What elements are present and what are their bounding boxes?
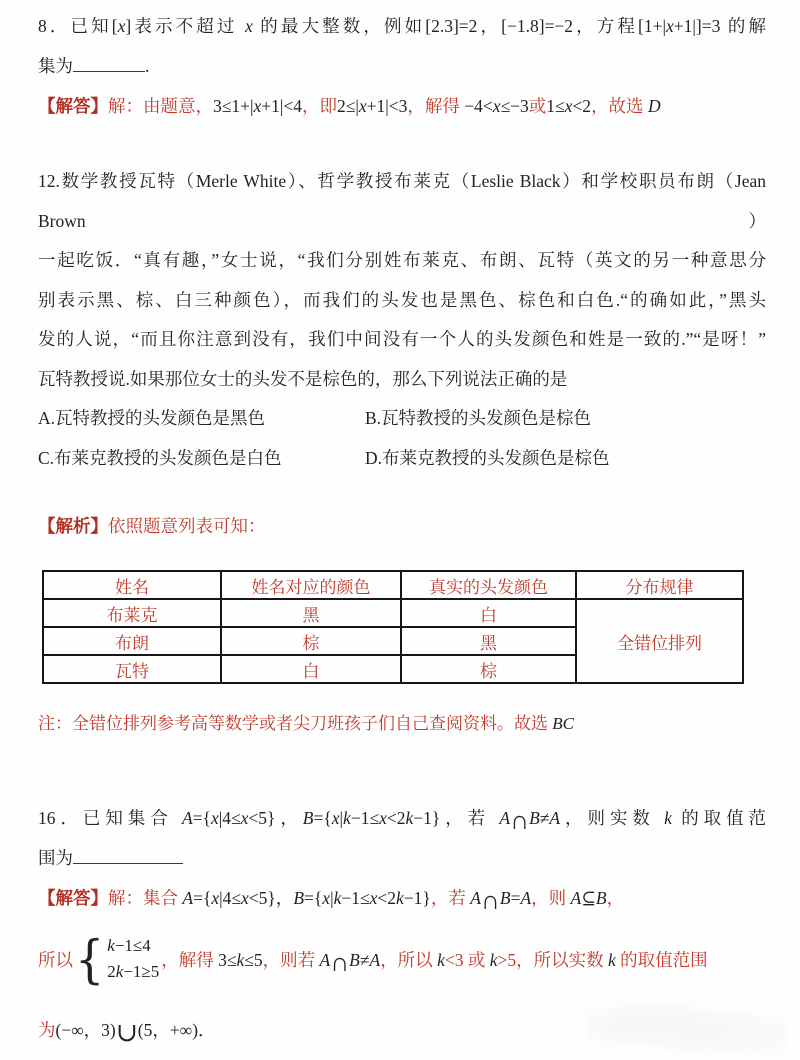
- options-row-ab: A.瓦特教授的头发颜色是黑色 B.瓦特教授的头发颜色是棕色: [38, 399, 766, 439]
- question-12-line-3: 别表示黑、棕、白三种颜色），而我们的头发也是黑色、棕色和白色.“的确如此，”黑头: [38, 281, 766, 321]
- question-12-line-5: 瓦特教授说.如果那位女士的头发不是棕色的，那么下列说法正确的是: [38, 360, 766, 400]
- document-page: 8．已知[x]表示不超过 x 的最大整数，例如[2.3]=2，[−1.8]=−2…: [0, 0, 800, 1060]
- table-cell: 瓦特: [43, 655, 221, 683]
- question-16-solution-3: 为(−∞，3)∪(5，+∞)．: [38, 1010, 766, 1050]
- left-brace: {: [75, 933, 104, 985]
- question-16-solution-1: 【解答】解：集合 A={x|4≤x<5}，B={x|k−1≤x<2k−1}，若 …: [38, 878, 766, 918]
- question-16-line-1: 16．已知集合 A={x|4≤x<5}，B={x|k−1≤x<2k−1}，若 A…: [38, 798, 766, 838]
- table-cell: 白: [221, 655, 401, 683]
- options-row-cd: C.布莱克教授的头发颜色是白色 D.布莱克教授的头发颜色是棕色: [38, 439, 766, 479]
- system-top: k−1≤4: [107, 933, 159, 959]
- table-cell: 黑: [221, 599, 401, 627]
- question-8-line-2-text: 集为: [38, 56, 73, 76]
- table-row: 布莱克 黑 白 全错位排列: [43, 599, 743, 627]
- question-16-solution-2: 所以 { k−1≤4 2k−1≥5 ，解得 3≤k≤5，则若 A∩B≠A，所以 …: [38, 930, 766, 988]
- solution-2-label: 所以: [38, 947, 73, 972]
- question-12: 12.数学教授瓦特（Merle White）、哲学教授布莱克（Leslie Bl…: [38, 162, 766, 478]
- question-12-line-1: 12.数学教授瓦特（Merle White）、哲学教授布莱克（Leslie Bl…: [38, 162, 766, 241]
- note-line: 注：全错位排列参考高等数学或者尖刀班孩子们自己查阅资料。故选 BC: [38, 706, 766, 742]
- option-c: C.布莱克教授的头发颜色是白色: [38, 439, 365, 479]
- table-cell: 布莱克: [43, 599, 221, 627]
- question-12-line-4: 发的人说，“而且你注意到没有，我们中间没有一个人的头发颜色和姓是一致的.”“是呀…: [38, 320, 766, 360]
- system-rows: k−1≤4 2k−1≥5: [107, 933, 159, 985]
- analysis-label: 【解析】依照题意列表可知：: [38, 506, 766, 546]
- question-16-line-2-text: 围为: [38, 848, 73, 868]
- question-12-line-2: 一起吃饭．“真有趣，”女士说，“我们分别姓布莱克、布朗、瓦特（英文的另一种意思分: [38, 241, 766, 281]
- table-header-row: 姓名 姓名对应的颜色 真实的头发颜色 分布规律: [43, 571, 743, 599]
- table-header-real-color: 真实的头发颜色: [401, 571, 576, 599]
- option-b: B.瓦特教授的头发颜色是棕色: [365, 399, 591, 439]
- answer-blank-q8: [73, 66, 145, 72]
- table-header-pattern: 分布规律: [576, 571, 743, 599]
- option-d: D.布莱克教授的头发颜色是棕色: [365, 439, 610, 479]
- question-8-line-2: 集为.: [38, 46, 766, 86]
- table-cell: 白: [401, 599, 576, 627]
- table-cell: 黑: [401, 627, 576, 655]
- solution-2-rest: ，解得 3≤k≤5，则若 A∩B≠A，所以 k<3 或 k>5，所以实数 k 的…: [161, 947, 707, 972]
- table-cell: 棕: [401, 655, 576, 683]
- option-a: A.瓦特教授的头发颜色是黑色: [38, 399, 365, 439]
- question-8-solution: 【解答】解：由题意，3≤1+|x+1|<4，即2≤|x+1|<3，解得 −4<x…: [38, 86, 766, 126]
- table-cell: 棕: [221, 627, 401, 655]
- table-merged-cell: 全错位排列: [576, 599, 743, 683]
- system-bottom: 2k−1≥5: [107, 959, 159, 985]
- table-header-name: 姓名: [43, 571, 221, 599]
- question-16-line-2: 围为: [38, 838, 766, 878]
- hair-color-table: 姓名 姓名对应的颜色 真实的头发颜色 分布规律 布莱克 黑 白 全错位排列 布朗…: [42, 570, 744, 684]
- inequality-system: { k−1≤4 2k−1≥5: [75, 933, 159, 985]
- answer-blank-q16: [73, 858, 183, 864]
- question-8-line-1: 8．已知[x]表示不超过 x 的最大整数，例如[2.3]=2，[−1.8]=−2…: [38, 6, 766, 46]
- question-8-period: .: [145, 56, 149, 76]
- table-header-name-color: 姓名对应的颜色: [221, 571, 401, 599]
- table-cell: 布朗: [43, 627, 221, 655]
